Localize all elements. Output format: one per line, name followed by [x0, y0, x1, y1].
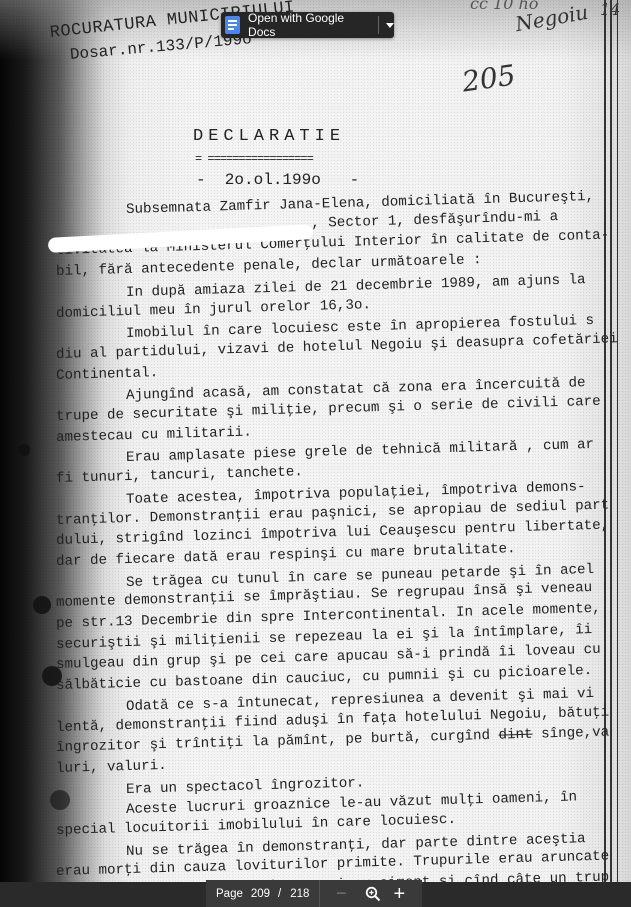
document-line: luri, valuri. — [56, 758, 167, 777]
divider — [378, 16, 379, 34]
title-underline: = ================= — [195, 152, 313, 166]
google-docs-icon — [225, 16, 240, 34]
page-label: Page — [216, 888, 243, 900]
scan-blot — [50, 790, 70, 810]
caret-down-icon[interactable] — [386, 23, 394, 28]
page-toolbar: Page 209 / 218 − + — [206, 880, 422, 907]
magnifier-icon[interactable] — [365, 886, 381, 902]
current-page-input[interactable]: 209 — [251, 888, 270, 900]
total-pages: 218 — [290, 888, 309, 900]
handwritten-corner: 14 — [600, 0, 620, 19]
margin-line — [617, 0, 618, 882]
open-with-label: Open with Google Docs — [248, 11, 367, 39]
minus-icon[interactable]: − — [334, 883, 348, 904]
document-date: - 2o.ol.199o - — [196, 171, 359, 189]
document-title: DECLARATIE — [193, 127, 345, 146]
margin-line — [604, 0, 606, 882]
document-page: ROCURATURA MUNICIPIULUI Dosar.nr.133/P/1… — [0, 0, 631, 882]
scan-blot — [33, 596, 51, 614]
plus-icon[interactable]: + — [393, 884, 405, 904]
page-separator: / — [278, 888, 281, 900]
open-with-google-docs-button[interactable]: Open with Google Docs — [221, 12, 394, 38]
scan-blot — [18, 444, 30, 456]
margin-line — [610, 0, 612, 882]
struck-word: dint — [498, 727, 532, 744]
document-line: Continental. — [56, 365, 159, 384]
divider — [319, 880, 320, 907]
